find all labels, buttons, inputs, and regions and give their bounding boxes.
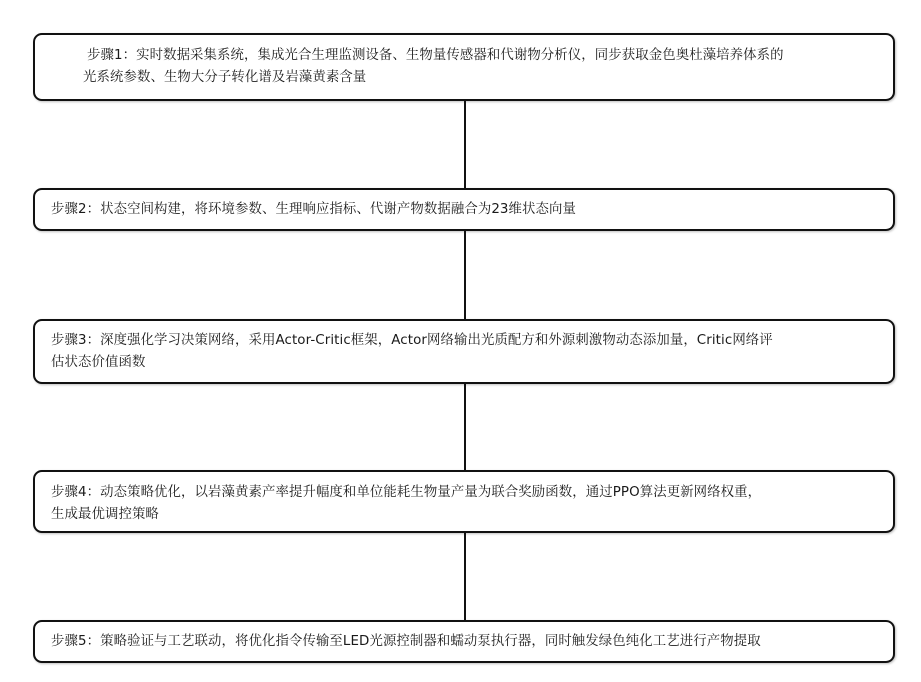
step-1-text-line2: 光系统参数、生物大分子转化谱及岩藻黄素含量 bbox=[83, 67, 879, 89]
step-4-box: 步骤4：动态策略优化，以岩藻黄素产率提升幅度和单位能耗生物量产量为联合奖励函数，… bbox=[33, 470, 895, 533]
step-4-text-line2: 生成最优调控策略 bbox=[51, 504, 879, 526]
step-3-text: 步骤3：深度强化学习决策网络，采用Actor-Critic框架，Actor网络输… bbox=[51, 330, 879, 352]
connector-step-1-to-2 bbox=[464, 101, 466, 188]
step-3-box: 步骤3：深度强化学习决策网络，采用Actor-Critic框架，Actor网络输… bbox=[33, 319, 895, 384]
step-5-text: 步骤5：策略验证与工艺联动，将优化指令传输至LED光源控制器和蠕动泵执行器，同时… bbox=[51, 631, 879, 653]
connector-step-4-to-5 bbox=[464, 533, 466, 620]
connector-step-2-to-3 bbox=[464, 231, 466, 319]
step-3-text-line2: 估状态价值函数 bbox=[51, 352, 879, 374]
step-1-text: 步骤1：实时数据采集系统，集成光合生理监测设备、生物量传感器和代谢物分析仪，同步… bbox=[87, 45, 879, 67]
step-1-box: 步骤1：实时数据采集系统，集成光合生理监测设备、生物量传感器和代谢物分析仪，同步… bbox=[33, 33, 895, 101]
step-2-box: 步骤2：状态空间构建，将环境参数、生理响应指标、代谢产物数据融合为23维状态向量 bbox=[33, 188, 895, 231]
step-4-text: 步骤4：动态策略优化，以岩藻黄素产率提升幅度和单位能耗生物量产量为联合奖励函数，… bbox=[51, 482, 879, 504]
connector-step-3-to-4 bbox=[464, 384, 466, 470]
step-5-box: 步骤5：策略验证与工艺联动，将优化指令传输至LED光源控制器和蠕动泵执行器，同时… bbox=[33, 620, 895, 663]
step-2-text: 步骤2：状态空间构建，将环境参数、生理响应指标、代谢产物数据融合为23维状态向量 bbox=[51, 199, 879, 221]
